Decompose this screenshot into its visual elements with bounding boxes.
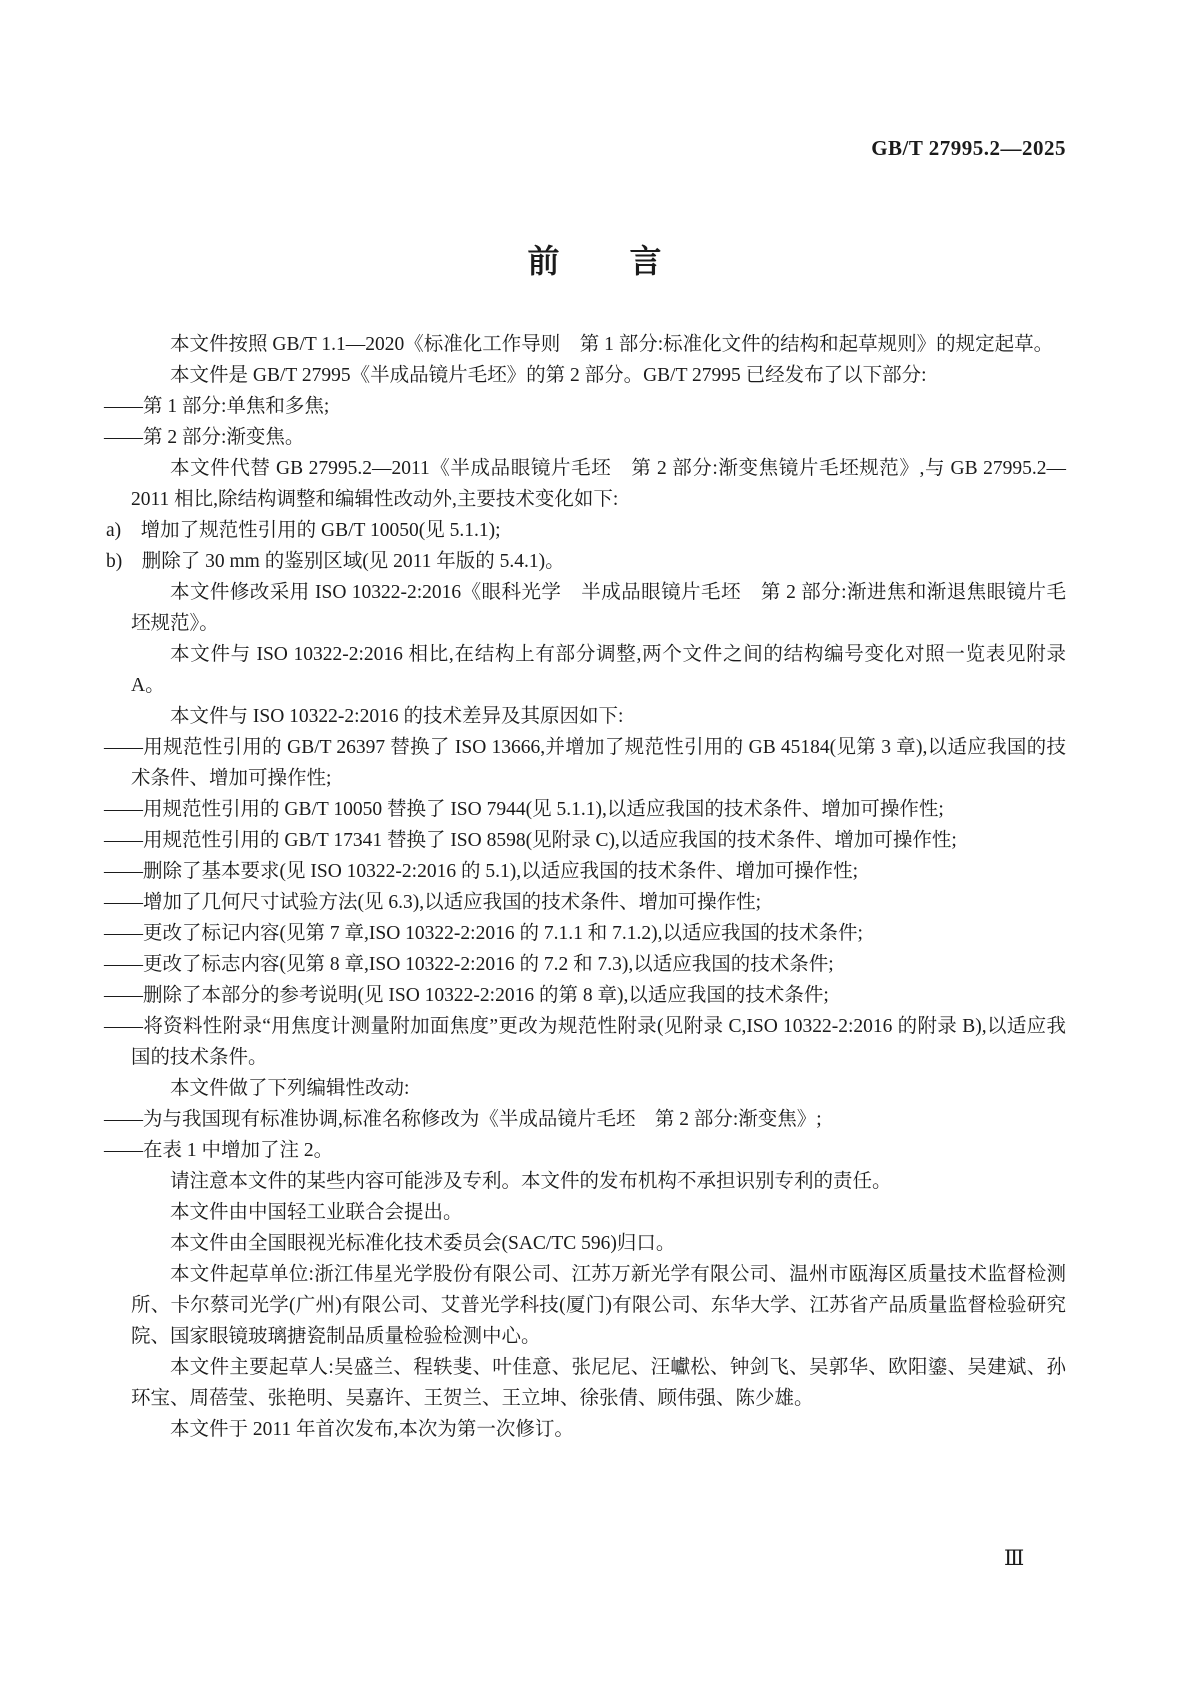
page-title: 前 言	[0, 236, 1191, 282]
paragraph: 本文件主要起草人:吴盛兰、程轶斐、叶佳意、张尼尼、汪巘松、钟剑飞、吴郭华、欧阳鎏…	[131, 1352, 1066, 1414]
paragraph: ——用规范性引用的 GB/T 17341 替换了 ISO 8598(见附录 C)…	[131, 825, 1066, 856]
paragraph: ——删除了本部分的参考说明(见 ISO 10322-2:2016 的第 8 章)…	[131, 980, 1066, 1011]
document-page: GB/T 27995.2—2025 前 言 本文件按照 GB/T 1.1—202…	[0, 0, 1191, 1684]
paragraph: 本文件按照 GB/T 1.1—2020《标准化工作导则 第 1 部分:标准化文件…	[131, 329, 1066, 360]
paragraph: 本文件是 GB/T 27995《半成品镜片毛坯》的第 2 部分。GB/T 279…	[131, 360, 1066, 391]
paragraph: b) 删除了 30 mm 的鉴别区域(见 2011 年版的 5.4.1)。	[131, 546, 1066, 577]
paragraph: a) 增加了规范性引用的 GB/T 10050(见 5.1.1);	[131, 515, 1066, 546]
paragraph: 本文件由全国眼视光标准化技术委员会(SAC/TC 596)归口。	[131, 1228, 1066, 1259]
paragraph: ——增加了几何尺寸试验方法(见 6.3),以适应我国的技术条件、增加可操作性;	[131, 887, 1066, 918]
paragraph: ——为与我国现有标准协调,标准名称修改为《半成品镜片毛坯 第 2 部分:渐变焦》…	[131, 1104, 1066, 1135]
page-number: Ⅲ	[1004, 1546, 1024, 1571]
paragraph: ——删除了基本要求(见 ISO 10322-2:2016 的 5.1),以适应我…	[131, 856, 1066, 887]
paragraph: ——更改了标志内容(见第 8 章,ISO 10322-2:2016 的 7.2 …	[131, 949, 1066, 980]
paragraph: ——更改了标记内容(见第 7 章,ISO 10322-2:2016 的 7.1.…	[131, 918, 1066, 949]
paragraph: 本文件代替 GB 27995.2—2011《半成品眼镜片毛坯 第 2 部分:渐变…	[131, 453, 1066, 515]
paragraph: ——用规范性引用的 GB/T 10050 替换了 ISO 7944(见 5.1.…	[131, 794, 1066, 825]
paragraph: 本文件做了下列编辑性改动:	[131, 1073, 1066, 1104]
paragraph: 本文件起草单位:浙江伟星光学股份有限公司、江苏万新光学有限公司、温州市瓯海区质量…	[131, 1259, 1066, 1352]
paragraph: ——将资料性附录“用焦度计测量附加面焦度”更改为规范性附录(见附录 C,ISO …	[131, 1011, 1066, 1073]
paragraph: ——第 1 部分:单焦和多焦;	[131, 391, 1066, 422]
paragraph: ——在表 1 中增加了注 2。	[131, 1135, 1066, 1166]
paragraph: ——第 2 部分:渐变焦。	[131, 422, 1066, 453]
paragraph: 请注意本文件的某些内容可能涉及专利。本文件的发布机构不承担识别专利的责任。	[131, 1166, 1066, 1197]
standard-number: GB/T 27995.2—2025	[131, 136, 1066, 161]
paragraph: 本文件于 2011 年首次发布,本次为第一次修订。	[131, 1414, 1066, 1445]
paragraph: ——用规范性引用的 GB/T 26397 替换了 ISO 13666,并增加了规…	[131, 732, 1066, 794]
paragraph: 本文件由中国轻工业联合会提出。	[131, 1197, 1066, 1228]
paragraph: 本文件修改采用 ISO 10322-2:2016《眼科光学 半成品眼镜片毛坯 第…	[131, 577, 1066, 639]
body-paragraphs: 本文件按照 GB/T 1.1—2020《标准化工作导则 第 1 部分:标准化文件…	[131, 329, 1066, 1445]
paragraph: 本文件与 ISO 10322-2:2016 相比,在结构上有部分调整,两个文件之…	[131, 639, 1066, 701]
paragraph: 本文件与 ISO 10322-2:2016 的技术差异及其原因如下:	[131, 701, 1066, 732]
